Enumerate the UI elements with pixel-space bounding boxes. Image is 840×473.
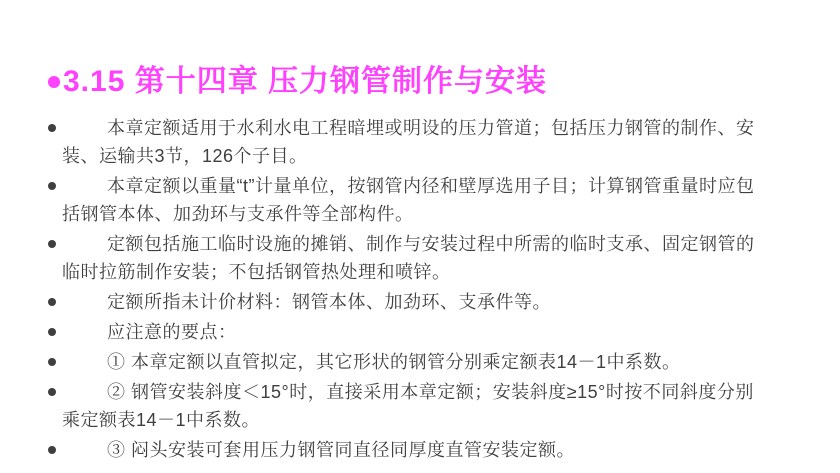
bullet-icon	[48, 182, 56, 190]
title-bullet-icon	[48, 76, 60, 88]
presentation-slide: 3.15 第十四章 压力钢管制作与安装 本章定额适用于水利水电工程暗埋或明设的压…	[0, 0, 840, 473]
paragraph-text: 应注意的要点：	[107, 322, 237, 342]
bullet-paragraph: ③ 闷头安装可套用压力钢管同直径同厚度直管安装定额。	[62, 436, 770, 464]
bullet-icon	[48, 124, 56, 132]
bullet-paragraph: 本章定额适用于水利水电工程暗埋或明设的压力管道；包括压力钢管的制作、安装、运输共…	[62, 114, 770, 170]
bullet-paragraph: ② 钢管安装斜度＜15°时，直接采用本章定额；安装斜度≥15°时按不同斜度分别乘…	[62, 378, 770, 434]
slide-title: 3.15 第十四章 压力钢管制作与安装	[48, 64, 547, 100]
paragraph-text: 定额包括施工临时设施的摊销、制作与安装过程中所需的临时支承、固定钢管的临时拉筋制…	[62, 234, 755, 282]
bullet-icon	[48, 358, 56, 366]
bullet-icon	[48, 388, 56, 396]
paragraph-text: ② 钢管安装斜度＜15°时，直接采用本章定额；安装斜度≥15°时按不同斜度分别乘…	[62, 382, 754, 430]
paragraph-text: 定额所指未计价材料：钢管本体、加劲环、支承件等。	[107, 292, 551, 312]
paragraph-text: 本章定额以重量“t”计量单位，按钢管内径和壁厚选用子目；计算钢管重量时应包括钢管…	[62, 176, 755, 224]
bullet-icon	[48, 328, 56, 336]
paragraph-text: ① 本章定额以直管拟定，其它形状的钢管分别乘定额表14－1中系数。	[107, 352, 681, 372]
slide-title-text: 3.15 第十四章 压力钢管制作与安装	[63, 64, 547, 100]
bullet-paragraph: 定额包括施工临时设施的摊销、制作与安装过程中所需的临时支承、固定钢管的临时拉筋制…	[62, 230, 770, 286]
paragraph-text: ③ 闷头安装可套用压力钢管同直径同厚度直管安装定额。	[107, 440, 575, 460]
slide-body: 本章定额适用于水利水电工程暗埋或明设的压力管道；包括压力钢管的制作、安装、运输共…	[0, 114, 840, 466]
bullet-paragraph: 应注意的要点：	[62, 318, 770, 346]
bullet-paragraph: 本章定额以重量“t”计量单位，按钢管内径和壁厚选用子目；计算钢管重量时应包括钢管…	[62, 172, 770, 228]
bullet-icon	[48, 240, 56, 248]
bullet-icon	[48, 298, 56, 306]
paragraph-text: 本章定额适用于水利水电工程暗埋或明设的压力管道；包括压力钢管的制作、安装、运输共…	[62, 118, 755, 166]
bullet-paragraph: 定额所指未计价材料：钢管本体、加劲环、支承件等。	[62, 288, 770, 316]
bullet-paragraph: ① 本章定额以直管拟定，其它形状的钢管分别乘定额表14－1中系数。	[62, 348, 770, 376]
bullet-icon	[48, 446, 56, 454]
